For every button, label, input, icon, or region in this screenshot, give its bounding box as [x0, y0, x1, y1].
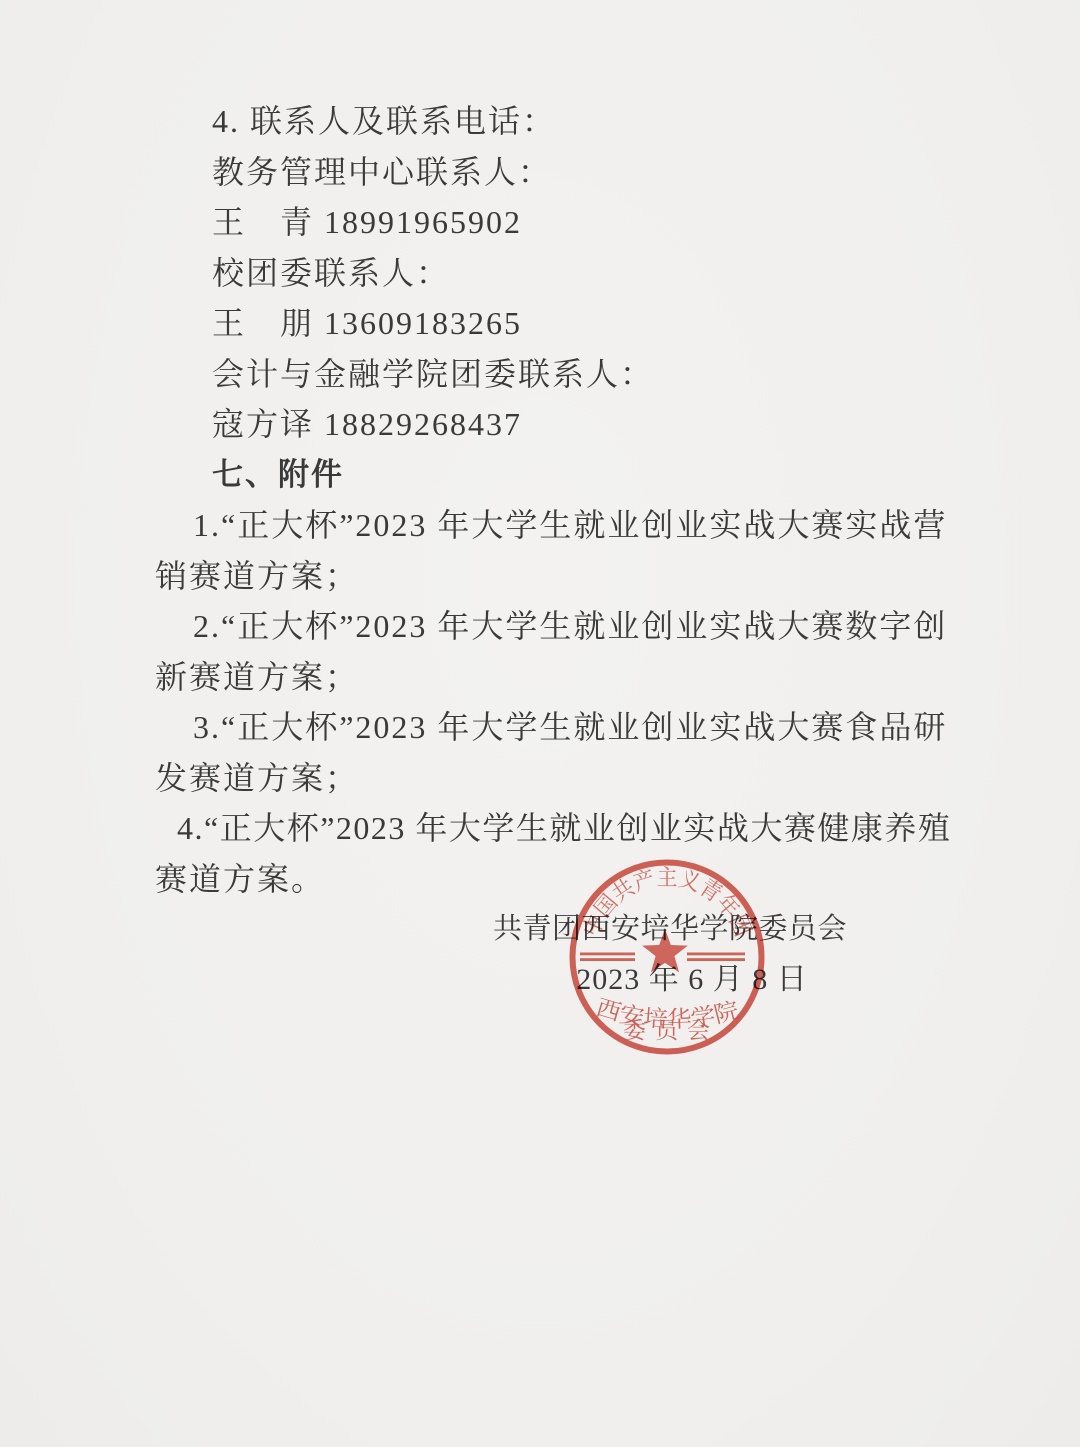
official-seal: 中国共产主义青年团 西安培华学院 委员会: [567, 857, 767, 1057]
attachment-item-1-line-2: 销赛道方案；: [155, 551, 955, 602]
contact-heading: 4. 联系人及联系电话：: [155, 96, 955, 147]
attachment-item-2-line-1: 2.“正大杯”2023 年大学生就业创业实战大赛数字创: [155, 601, 955, 652]
contact-line-league: 校团委联系人：: [155, 248, 955, 299]
seal-dash-left-icon: [580, 953, 635, 956]
seal-top-arc-text: 中国共产主义青年团: [578, 865, 755, 940]
attachment-item-4-line-2: 赛道方案。: [155, 854, 955, 905]
contact-line-dept: 教务管理中心联系人：: [155, 147, 955, 198]
contact-line-name-phone-3: 寇方译 18829268437: [155, 399, 955, 450]
attachments-heading: 七、附件: [155, 450, 955, 501]
contact-line-name-phone-2: 王 朋 13609183265: [155, 298, 955, 349]
contact-line-name-phone-1: 王 青 18991965902: [155, 197, 955, 248]
seal-committee-text: 委员会: [623, 1018, 719, 1043]
attachment-item-3-line-1: 3.“正大杯”2023 年大学生就业创业实战大赛食品研: [155, 702, 955, 753]
seal-dash-right-icon: [687, 953, 745, 956]
document-page: 4. 联系人及联系电话： 教务管理中心联系人： 王 青 18991965902 …: [0, 0, 1080, 1447]
document-body: 4. 联系人及联系电话： 教务管理中心联系人： 王 青 18991965902 …: [155, 96, 955, 1005]
attachment-item-2-line-2: 新赛道方案；: [155, 652, 955, 703]
seal-dash-right-icon: [687, 958, 745, 961]
attachment-item-4-line-1: 4.“正大杯”2023 年大学生就业创业实战大赛健康养殖: [155, 803, 955, 854]
contact-line-college: 会计与金融学院团委联系人：: [155, 349, 955, 400]
attachment-item-3-line-2: 发赛道方案；: [155, 753, 955, 804]
seal-star-icon: [642, 929, 688, 972]
attachment-item-1-line-1: 1.“正大杯”2023 年大学生就业创业实战大赛实战营: [155, 500, 955, 551]
seal-dash-left-icon: [580, 958, 635, 961]
